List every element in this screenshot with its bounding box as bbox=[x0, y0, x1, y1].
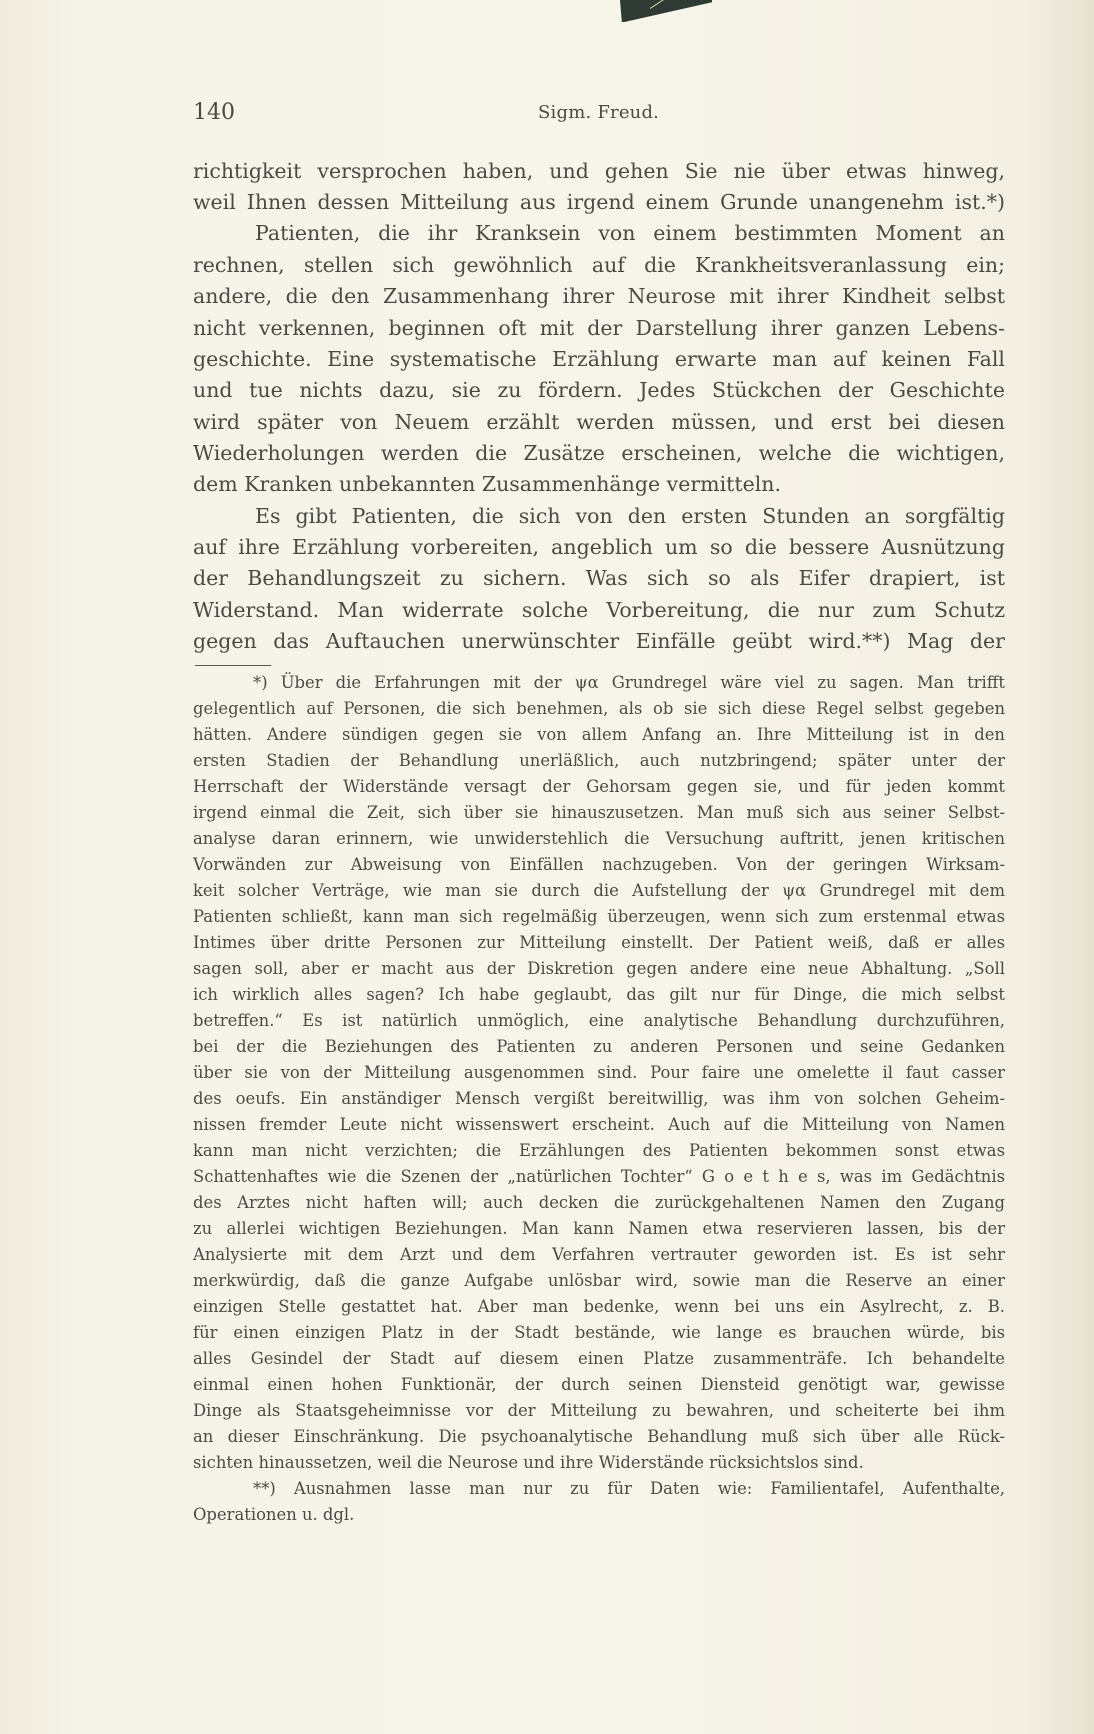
footnote-line: ersten Stadien der Behandlung unerläßlic… bbox=[193, 749, 1005, 773]
page-tab-marker bbox=[620, 0, 712, 22]
body-line: dem Kranken unbekannten Zusammenhänge ve… bbox=[193, 469, 1005, 499]
footnote-line: gelegentlich auf Personen, die sich bene… bbox=[193, 697, 1005, 721]
footnote-line: Analysierte mit dem Arzt und dem Verfahr… bbox=[193, 1243, 1005, 1267]
body-line: weil Ihnen dessen Mitteilung aus irgend … bbox=[193, 187, 1005, 217]
footnote-rule bbox=[195, 665, 271, 666]
body-line: Wiederholungen werden die Zusätze ersche… bbox=[193, 438, 1005, 468]
footnote-line: sagen soll, aber er macht aus der Diskre… bbox=[193, 957, 1005, 981]
body-line: richtigkeit versprochen haben, und gehen… bbox=[193, 156, 1005, 186]
body-line: Widerstand. Man widerrate solche Vorbere… bbox=[193, 595, 1005, 625]
footnote-line: nissen fremder Leute nicht wissenswert e… bbox=[193, 1113, 1005, 1137]
footnote-line: ich wirklich alles sagen? Ich habe gegla… bbox=[193, 983, 1005, 1007]
body-line: und tue nichts dazu, sie zu fördern. Jed… bbox=[193, 375, 1005, 405]
paragraph-start: Es gibt Patienten, die sich von den erst… bbox=[255, 501, 1005, 531]
footnote-line: Intimes über dritte Personen zur Mitteil… bbox=[193, 931, 1005, 955]
footnote-line: des Arztes nicht haften will; auch decke… bbox=[193, 1191, 1005, 1215]
body-line: rechnen, stellen sich gewöhnlich auf die… bbox=[193, 250, 1005, 280]
footnote-line: sichten hinaussetzen, weil die Neurose u… bbox=[193, 1451, 1005, 1475]
running-head: 140 Sigm. Freud. bbox=[0, 100, 1094, 130]
footnote-line: über sie von der Mitteilung ausgenommen … bbox=[193, 1061, 1005, 1085]
running-head-title: Sigm. Freud. bbox=[538, 102, 659, 123]
footnote-line: merkwürdig, daß die ganze Aufgabe unlösb… bbox=[193, 1269, 1005, 1293]
footnote-line: betreffen.“ Es ist natürlich unmöglich, … bbox=[193, 1009, 1005, 1033]
footnote-line: hätten. Andere sündigen gegen sie von al… bbox=[193, 723, 1005, 747]
footnote-line: Patienten schließt, kann man sich regelm… bbox=[193, 905, 1005, 929]
footnote-line: alles Gesindel der Stadt auf diesem eine… bbox=[193, 1347, 1005, 1371]
footnote-line: an dieser Einschränkung. Die psychoanaly… bbox=[193, 1425, 1005, 1449]
paragraph-start: Patienten, die ihr Kranksein von einem b… bbox=[255, 218, 1005, 248]
footnote-line: Dinge als Staatsgeheimnisse vor der Mitt… bbox=[193, 1399, 1005, 1423]
footnote-line: des oeufs. Ein anständiger Mensch vergiß… bbox=[193, 1087, 1005, 1111]
body-line: auf ihre Erzählung vorbereiten, angeblic… bbox=[193, 532, 1005, 562]
footnote-line: Vorwänden zur Abweisung von Einfällen na… bbox=[193, 853, 1005, 877]
footnote-line: Operationen u. dgl. bbox=[193, 1503, 1005, 1527]
footnote-line: analyse daran erinnern, wie unwiderstehl… bbox=[193, 827, 1005, 851]
footnote-line: irgend einmal die Zeit, sich über sie hi… bbox=[193, 801, 1005, 825]
footnote-line: Herrschaft der Widerstände versagt der G… bbox=[193, 775, 1005, 799]
body-line: andere, die den Zusammenhang ihrer Neuro… bbox=[193, 281, 1005, 311]
page-number: 140 bbox=[193, 100, 235, 125]
body-line: der Behandlungszeit zu sichern. Was sich… bbox=[193, 563, 1005, 593]
body-line: gegen das Auftauchen unerwünschter Einfä… bbox=[193, 626, 1005, 656]
footnote-line: bei der die Beziehungen des Patienten zu… bbox=[193, 1035, 1005, 1059]
body-line: geschichte. Eine systematische Erzählung… bbox=[193, 344, 1005, 374]
footnote-start: *) Über die Erfahrungen mit der ψα Grund… bbox=[253, 671, 1005, 695]
footnote-line: kann man nicht verzichten; die Erzählung… bbox=[193, 1139, 1005, 1163]
footnote-line: einzigen Stelle gestattet hat. Aber man … bbox=[193, 1295, 1005, 1319]
body-line: wird später von Neuem erzählt werden müs… bbox=[193, 407, 1005, 437]
footnote-start: **) Ausnahmen lasse man nur zu für Daten… bbox=[253, 1477, 1005, 1501]
footnote-line: keit solcher Verträge, wie man sie durch… bbox=[193, 879, 1005, 903]
footnote-line: Schattenhaftes wie die Szenen der „natür… bbox=[193, 1165, 1005, 1189]
footnote-line: einmal einen hohen Funktionär, der durch… bbox=[193, 1373, 1005, 1397]
body-line: nicht verkennen, beginnen oft mit der Da… bbox=[193, 313, 1005, 343]
footnote-line: für einen einzigen Platz in der Stadt be… bbox=[193, 1321, 1005, 1345]
footnote-line: zu allerlei wichtigen Beziehungen. Man k… bbox=[193, 1217, 1005, 1241]
